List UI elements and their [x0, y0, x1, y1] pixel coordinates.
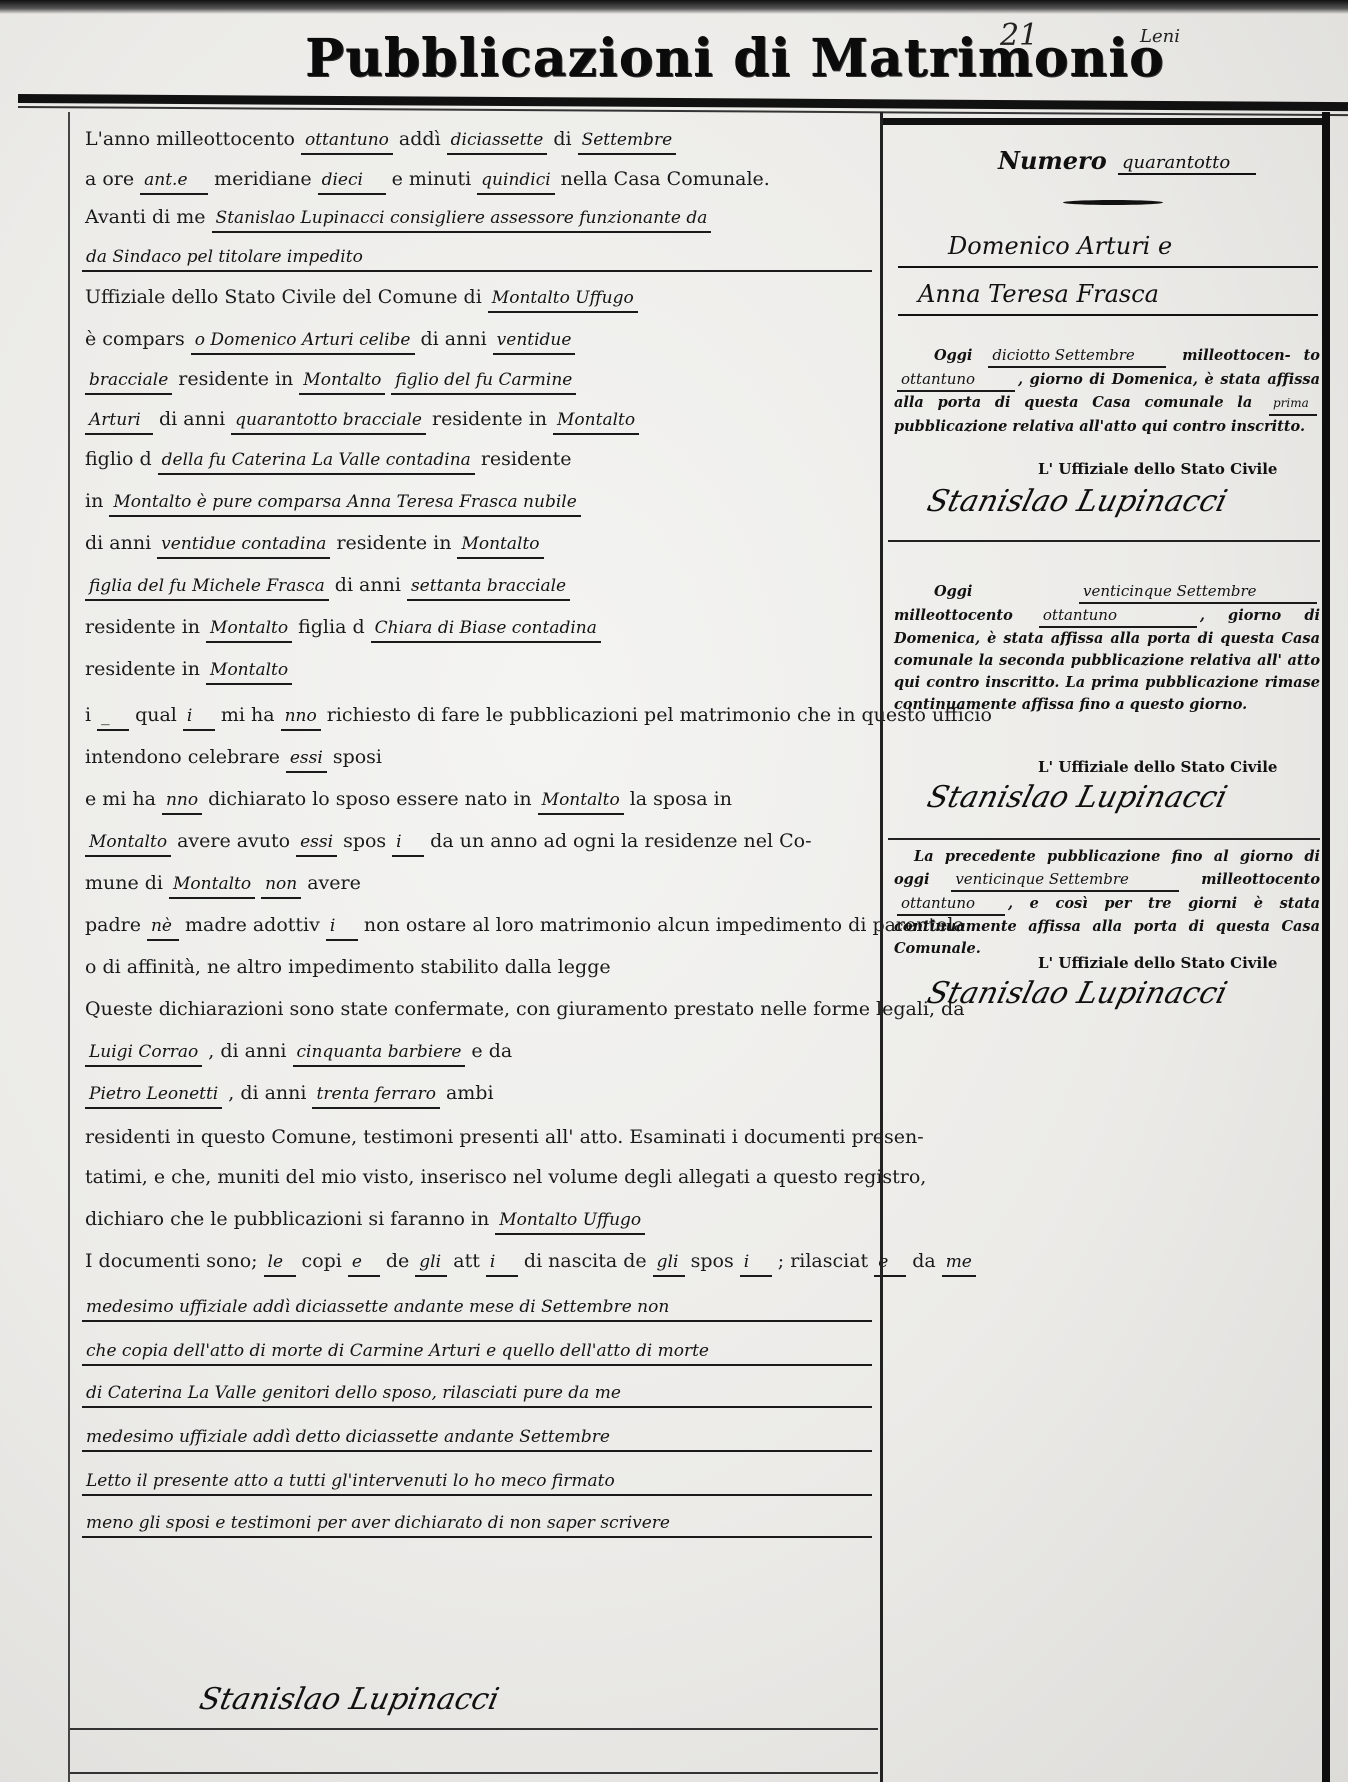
handwritten-line: Letto il presente atto a tutti gl'interv… — [82, 1468, 872, 1496]
act-line: Arturidi anniquarantotto braccialereside… — [82, 406, 872, 435]
act-line: dichiaro che le pubblicazioni si faranno… — [82, 1206, 872, 1235]
scanned-register-page: Pubblicazioni di Matrimonio 21 Leni L'an… — [0, 0, 1348, 1782]
printed-text: Avanti di me — [85, 206, 206, 228]
handwritten-suffix: nè — [147, 913, 179, 941]
handwritten-line: che copia dell'atto di morte di Carmine … — [82, 1338, 872, 1366]
handwritten-line: meno gli sposi e testimoni per aver dich… — [82, 1510, 872, 1538]
printed-text: Uffiziale dello Stato Civile del Comune … — [85, 286, 482, 308]
printed-text: e minuti — [392, 168, 472, 190]
handwritten-line: medesimo uffiziale addì diciassette anda… — [82, 1294, 872, 1322]
act-signature: Stanislao Lupinacci — [196, 1682, 502, 1717]
act-line: residente inMontaltofiglia dChiara di Bi… — [82, 614, 872, 643]
handwritten-suffix: i — [183, 703, 215, 731]
handwritten-field: ottantuno — [301, 127, 393, 155]
closing-publication-text: La precedente pubblicazione fino al gior… — [894, 846, 1320, 960]
handwritten-field: Montalto è pure comparsa Anna Teresa Fra… — [109, 489, 580, 517]
handwritten-field: figlia del fu Michele Frasca — [85, 573, 329, 601]
printed-text: e da — [471, 1040, 512, 1062]
printed-text: di anni — [85, 532, 151, 554]
printed-text: di nascita de — [524, 1250, 647, 1272]
marriage-act-column: L'anno milleottocentoottantunoaddìdicias… — [68, 112, 878, 1782]
second-publication-text: Oggi venticinque Settembre milleottocent… — [894, 580, 1320, 716]
printed-text: i — [85, 704, 91, 726]
printed-text: meridiane — [214, 168, 311, 190]
printed-text: tatimi, e che, muniti del mio visto, ins… — [85, 1166, 926, 1188]
handwritten-field: dieci — [318, 167, 386, 195]
printed-text: da un anno ad ogni la residenze nel Co- — [430, 830, 811, 852]
act-line: è comparso Domenico Arturi celibedi anni… — [82, 326, 872, 355]
handwritten-field: trenta ferraro — [312, 1081, 439, 1109]
printed-text: Queste dichiarazioni sono state conferma… — [85, 998, 965, 1020]
handwritten-suffix: essi — [286, 745, 327, 773]
printed-text: di — [553, 128, 571, 150]
handwritten-field: Montalto — [85, 829, 171, 857]
oggi-label: Oggi — [894, 347, 972, 364]
handwritten-suffix: i — [326, 913, 358, 941]
printed-text: padre — [85, 914, 141, 936]
numero-label: Numero — [998, 146, 1107, 175]
handwritten-field: della fu Caterina La Valle contadina — [158, 447, 475, 475]
first-publication-date: diciotto Settembre — [988, 344, 1166, 368]
printed-text: non ostare al loro matrimonio alcun impe… — [364, 914, 965, 936]
handwritten-field: Stanislao Lupinacci consigliere assessor… — [212, 205, 712, 233]
corner-initial-note: Leni — [1140, 26, 1180, 47]
handwritten-field: figlio del fu Carmine — [391, 367, 576, 395]
handwritten-field: Pietro Leonetti — [85, 1081, 222, 1109]
numero-value: quarantotto — [1118, 152, 1256, 175]
groom-name: Domenico Arturi e — [898, 226, 1318, 268]
act-line: I documenti sono;lecopiedegliattidi nasc… — [82, 1248, 872, 1277]
act-line: intendono celebrareessisposi — [82, 744, 872, 773]
act-line: residente inMontalto — [82, 656, 872, 685]
handwritten-line: di Caterina La Valle genitori dello spos… — [82, 1380, 872, 1408]
printed-text: in — [85, 490, 103, 512]
printed-text: L'anno milleottocento — [85, 128, 295, 150]
handwritten-field: ant.e — [140, 167, 208, 195]
printed-text: o di affinità, ne altro impedimento stab… — [85, 956, 611, 978]
officer-label-2: L' Uffiziale dello Stato Civile — [1038, 758, 1277, 776]
printed-text: residenti in questo Comune, testimoni pr… — [85, 1126, 924, 1148]
first-publication-text-1: milleottocen- — [1182, 347, 1290, 364]
printed-text: dichiaro che le pubblicazioni si faranno… — [85, 1208, 489, 1230]
printed-text: avere — [307, 872, 361, 894]
printed-text: , di anni — [228, 1082, 306, 1104]
handwritten-field: Settembre — [578, 127, 677, 155]
printed-text: avere avuto — [177, 830, 290, 852]
officer-label-1: L' Uffiziale dello Stato Civile — [1038, 460, 1277, 478]
handwritten-field: diciassette — [447, 127, 548, 155]
second-publication-date: venticinque Settembre — [1079, 580, 1317, 604]
bride-name: Anna Teresa Frasca — [898, 274, 1318, 316]
act-line: braccialeresidente inMontaltofiglio del … — [82, 366, 872, 395]
scan-edge-shadow — [0, 0, 1348, 14]
printed-text: è compars — [85, 328, 185, 350]
printed-text: residente in — [85, 658, 200, 680]
printed-text: mune di — [85, 872, 163, 894]
printed-text: residente — [481, 448, 572, 470]
act-line: mune diMontaltononavere — [82, 870, 872, 899]
handwritten-suffix: gli — [653, 1249, 685, 1277]
section-rule-1 — [888, 540, 1320, 542]
handwritten-suffix: i — [392, 829, 424, 857]
act-line: e mi hannodichiarato lo sposo essere nat… — [82, 786, 872, 815]
printed-text: addì — [399, 128, 441, 150]
second-publication-year: ottantuno — [1039, 604, 1197, 628]
printed-text: att — [453, 1250, 480, 1272]
printed-text: I documenti sono; — [85, 1250, 258, 1272]
printed-text: , di anni — [208, 1040, 286, 1062]
printed-text: qual — [135, 704, 177, 726]
handwritten-suffix: gli — [415, 1249, 447, 1277]
act-line: figlio ddella fu Caterina La Valle conta… — [82, 446, 872, 475]
handwritten-field: Montalto — [457, 531, 543, 559]
printed-text: nella Casa Comunale. — [561, 168, 770, 190]
printed-text: de — [386, 1250, 409, 1272]
handwritten-suffix: i — [486, 1249, 518, 1277]
act-line: residenti in questo Comune, testimoni pr… — [82, 1124, 872, 1150]
act-line: a oreant.emeridianediecie minutiquindici… — [82, 166, 872, 195]
handwritten-field: settanta bracciale — [407, 573, 570, 601]
second-publication-text-1: milleottocento — [894, 607, 1013, 624]
handwritten-field: ventidue contadina — [157, 531, 330, 559]
act-line: figlia del fu Michele Frascadi annisetta… — [82, 572, 872, 601]
act-line: inMontalto è pure comparsa Anna Teresa F… — [82, 488, 872, 517]
printed-text: dichiarato lo sposo essere nato in — [208, 788, 532, 810]
page-number-note: 21 — [1000, 18, 1038, 53]
printed-text: di anni — [335, 574, 401, 596]
printed-text: ; rilasciat — [778, 1250, 868, 1272]
handwritten-field: cinquanta barbiere — [293, 1039, 466, 1067]
first-publication-inserted-word: prima — [1269, 392, 1317, 416]
printed-text: spos — [691, 1250, 734, 1272]
printed-text: di anni — [159, 408, 225, 430]
handwritten-field: ventidue — [493, 327, 576, 355]
column-divider — [880, 112, 883, 1782]
officer-label-3: L' Uffiziale dello Stato Civile — [1038, 954, 1277, 972]
handwritten-field: Montalto — [206, 657, 292, 685]
printed-text: sposi — [333, 746, 382, 768]
act-line: Pietro Leonetti, di annitrenta ferraroam… — [82, 1080, 872, 1109]
handwritten-field: Montalto Uffugo — [488, 285, 638, 313]
printed-text: residente in — [85, 616, 200, 638]
printed-text: e mi ha — [85, 788, 156, 810]
decorative-swash — [1063, 200, 1163, 205]
printed-text: spos — [343, 830, 386, 852]
handwritten-suffix: le — [264, 1249, 296, 1277]
handwritten-suffix: non — [261, 871, 301, 899]
first-publication-year: ottantuno — [897, 368, 1015, 392]
printed-text: residente in — [336, 532, 451, 554]
handwritten-line: medesimo uffiziale addì detto diciassett… — [82, 1424, 872, 1452]
printed-text: madre adottiv — [185, 914, 320, 936]
handwritten-field: Montalto — [206, 615, 292, 643]
officer-signature-1: Stanislao Lupinacci — [924, 484, 1231, 519]
act-line: Queste dichiarazioni sono state conferma… — [82, 996, 872, 1022]
publication-register-column: Numero quarantotto Domenico Arturi e Ann… — [888, 118, 1320, 1782]
handwritten-line: da Sindaco pel titolare impedito — [82, 244, 872, 272]
closing-year: ottantuno — [897, 892, 1005, 916]
handwritten-field: Montalto — [553, 407, 639, 435]
printed-text: a ore — [85, 168, 134, 190]
printed-text: di anni — [421, 328, 487, 350]
act-line: tatimi, e che, muniti del mio visto, ins… — [82, 1164, 872, 1190]
act-line: L'anno milleottocentoottantunoaddìdicias… — [82, 126, 872, 155]
register-box-border — [1322, 112, 1330, 1782]
oggi-label-2: Oggi — [894, 583, 972, 600]
printed-text: ambi — [446, 1082, 494, 1104]
act-line: di anniventidue contadinaresidente inMon… — [82, 530, 872, 559]
act-line: Luigi Corrao, di annicinquanta barbieree… — [82, 1038, 872, 1067]
act-line: o di affinità, ne altro impedimento stab… — [82, 954, 872, 980]
printed-text: residente in — [178, 368, 293, 390]
handwritten-field: Luigi Corrao — [85, 1039, 202, 1067]
blank-rule-2 — [70, 1772, 878, 1774]
act-line: padrenèmadre adottivinon ostare al loro … — [82, 912, 872, 941]
handwritten-field: quindici — [477, 167, 555, 195]
handwritten-field: bracciale — [85, 367, 172, 395]
handwritten-field: Montalto — [299, 367, 385, 395]
handwritten-suffix: e — [348, 1249, 380, 1277]
handwritten-field: Chiara di Biase contadina — [371, 615, 601, 643]
closing-date: venticinque Settembre — [951, 868, 1179, 892]
act-line: Uffiziale dello Stato Civile del Comune … — [82, 284, 872, 313]
act-line: Montaltoavere avutoessisposida un anno a… — [82, 828, 872, 857]
handwritten-suffix: nno — [281, 703, 321, 731]
handwritten-field: Arturi — [85, 407, 153, 435]
printed-text: residente in — [432, 408, 547, 430]
handwritten-field: quarantotto bracciale — [231, 407, 426, 435]
handwritten-field: Montalto — [169, 871, 255, 899]
printed-text: figlio d — [85, 448, 152, 470]
handwritten-field: Montalto — [538, 787, 624, 815]
printed-text: figlia d — [298, 616, 365, 638]
first-publication-text: Oggi diciotto Settembre milleottocen- to… — [894, 344, 1320, 438]
act-line: i_qualimi hannorichiesto di fare le pubb… — [82, 702, 872, 731]
officer-signature-3: Stanislao Lupinacci — [924, 976, 1231, 1011]
printed-text: copi — [302, 1250, 342, 1272]
handwritten-suffix: nno — [162, 787, 202, 815]
officer-signature-2: Stanislao Lupinacci — [924, 780, 1231, 815]
blank-rule-1 — [70, 1728, 878, 1730]
printed-text: la sposa in — [630, 788, 732, 810]
printed-text: mi ha — [221, 704, 275, 726]
handwritten-field: o Domenico Arturi celibe — [191, 327, 415, 355]
closing-text-2: milleottocento — [1201, 871, 1320, 888]
first-publication-text-2: to — [1304, 347, 1320, 364]
handwritten-suffix: essi — [296, 829, 337, 857]
handwritten-suffix: i — [740, 1249, 772, 1277]
handwritten-field: Montalto Uffugo — [495, 1207, 645, 1235]
printed-text: intendono celebrare — [85, 746, 280, 768]
handwritten-suffix: _ — [97, 703, 129, 731]
section-rule-2 — [888, 838, 1320, 840]
act-line: Avanti di meStanislao Lupinacci consigli… — [82, 204, 872, 233]
first-publication-text-4: pubblicazione relativa all'atto qui cont… — [894, 418, 1305, 435]
